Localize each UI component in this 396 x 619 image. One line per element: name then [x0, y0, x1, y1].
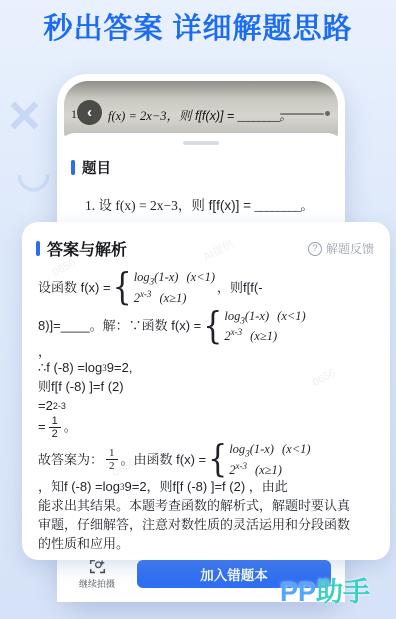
- section-accent-bar: [36, 241, 40, 256]
- math-line: =22-3: [38, 397, 378, 416]
- section-accent-bar: [71, 160, 75, 175]
- fraction: 12: [49, 416, 61, 440]
- back-button[interactable]: ‹: [77, 100, 102, 125]
- back-arrow-icon: ‹: [87, 104, 92, 121]
- page-title: 秒出答案 详细解题思路: [0, 6, 396, 47]
- bg-o-glyph: ◡: [16, 150, 51, 196]
- analysis-text-line: 能求出其结果。本题考查函数的解析式，解题时要认真: [38, 497, 378, 516]
- brand-suffix-text: 助手: [316, 577, 370, 607]
- analysis-content: 设函数 f(x) = { log3(1-x)(x<1) 2x-3(x≥1) ，则…: [22, 264, 390, 560]
- brace-glyph: {: [113, 270, 132, 308]
- photo-problem-text: f(x) = 2x−3，则 f[f(x)] = ________。: [108, 106, 328, 124]
- help-circle-icon: ?: [308, 242, 322, 256]
- analysis-text-line: 审题，仔细解答，注意对数性质的灵活运用和分段函数: [38, 516, 378, 535]
- brace-glyph: {: [203, 308, 222, 346]
- continue-capture-label: 继续拍摄: [79, 577, 115, 590]
- continue-capture-button[interactable]: 继续拍摄: [71, 558, 123, 590]
- math-line: ∴f (-8) =log39=2,: [38, 359, 378, 378]
- answer-section-title: 答案与解析: [47, 237, 127, 260]
- camera-photo-preview: 1. ‹ f(x) = 2x−3，则 f[f(x)] = ________。: [64, 81, 338, 139]
- solution-feedback-link[interactable]: ? 解题反馈: [308, 240, 374, 257]
- answer-analysis-card: 0656 AI提供 0656 0656 答案与解析 ? 解题反馈 设函数 f(x…: [22, 222, 390, 560]
- solution-feedback-label: 解题反馈: [326, 240, 374, 257]
- brace-glyph: {: [208, 441, 227, 479]
- question-text: 1. 设 f(x) = 2x−3，则 f[f(x)] = ________。: [85, 194, 345, 214]
- piecewise-function: { log3(1-x)(x<1) 2x-3(x≥1): [113, 270, 215, 307]
- brand-watermark: PP助手: [280, 570, 370, 609]
- camera-scan-icon: [89, 558, 106, 575]
- math-line: 则f[f (-8) ]=f (2): [38, 378, 378, 397]
- bg-x-glyph: ×: [8, 82, 41, 147]
- analysis-text-line: 的性质和应用。: [38, 535, 378, 554]
- math-line: = 12 。: [38, 416, 378, 440]
- piecewise-function: { log3(1-x)(x<1) 2x-3(x≥1): [208, 442, 310, 479]
- camera-exposure-slider[interactable]: [280, 113, 324, 115]
- math-line: 8)]=____。解：∵函数 f(x) = { log3(1-x)(x<1) 2…: [38, 309, 378, 346]
- math-line: 设函数 f(x) = { log3(1-x)(x<1) 2x-3(x≥1) ，则…: [38, 270, 378, 307]
- piecewise-function: { log3(1-x)(x<1) 2x-3(x≥1): [203, 309, 305, 346]
- question-section-title: 题目: [82, 157, 111, 178]
- brand-pp-text: PP: [280, 577, 316, 607]
- fraction: 12: [106, 448, 118, 472]
- math-line: 故答案为： 12 。由函数 f(x) = { log3(1-x)(x<1) 2x…: [38, 442, 378, 479]
